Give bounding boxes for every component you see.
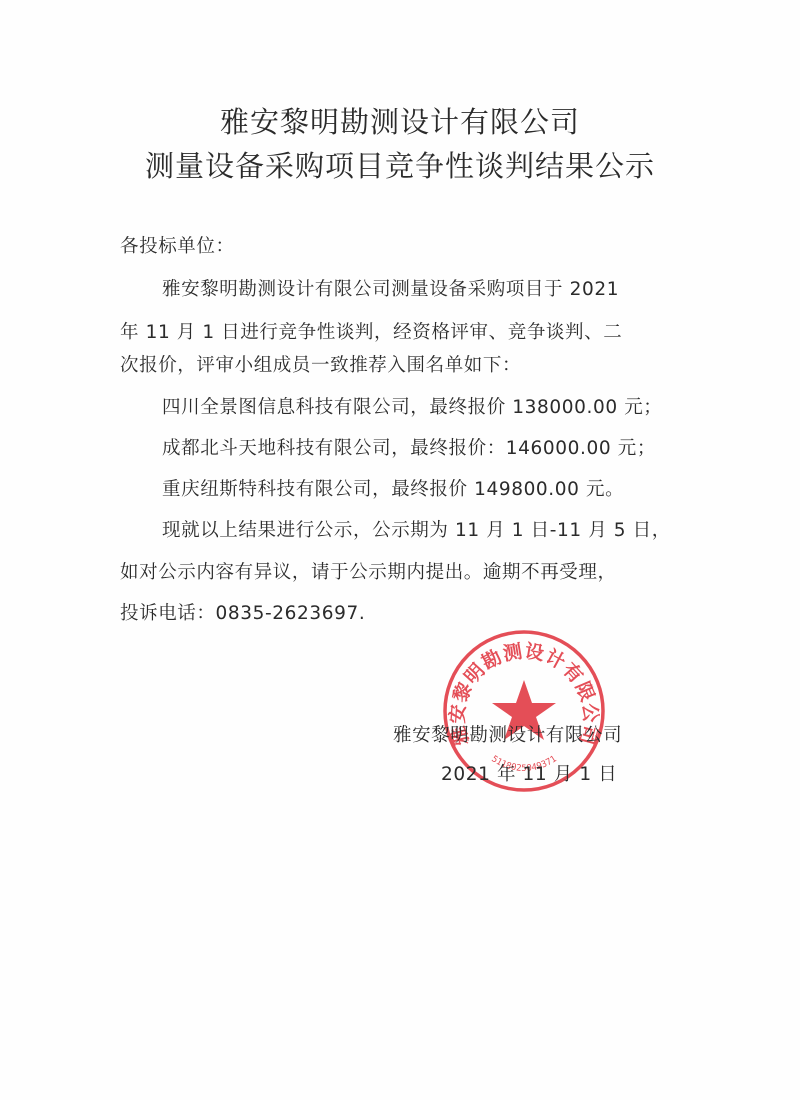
paragraph1-line2: 年 11 月 1 日进行竞争性谈判，经资格评审、竞争谈判、二 — [120, 318, 622, 344]
paragraph1-line1: 雅安黎明勘测设计有限公司测量设备采购项目于 2021 — [162, 275, 619, 301]
signature-organization: 雅安黎明勘测设计有限公司 — [393, 721, 622, 747]
paragraph2-line2: 如对公示内容有异议，请于公示期内提出。逾期不再受理， — [120, 558, 617, 584]
result-item-3: 重庆纽斯特科技有限公司，最终报价 149800.00 元。 — [162, 475, 624, 501]
document-page: 雅安黎明勘测设计有限公司 测量设备采购项目竞争性谈判结果公示 各投标单位： 雅安… — [0, 0, 800, 1100]
result-item-2: 成都北斗天地科技有限公司，最终报价：146000.00 元； — [162, 434, 656, 460]
document-title-subject: 测量设备采购项目竞争性谈判结果公示 — [0, 144, 800, 185]
salutation: 各投标单位： — [120, 232, 235, 258]
paragraph2-line3: 投诉电话：0835-2623697. — [120, 599, 365, 625]
paragraph1-line3: 次报价，评审小组成员一致推荐入围名单如下： — [120, 351, 521, 377]
result-item-1: 四川全景图信息科技有限公司，最终报价 138000.00 元； — [162, 393, 662, 419]
paragraph2-line1: 现就以上结果进行公示，公示期为 11 月 1 日-11 月 5 日， — [162, 516, 671, 542]
document-title-organization: 雅安黎明勘测设计有限公司 — [0, 100, 800, 141]
signature-date: 2021 年 11 月 1 日 — [441, 760, 617, 786]
